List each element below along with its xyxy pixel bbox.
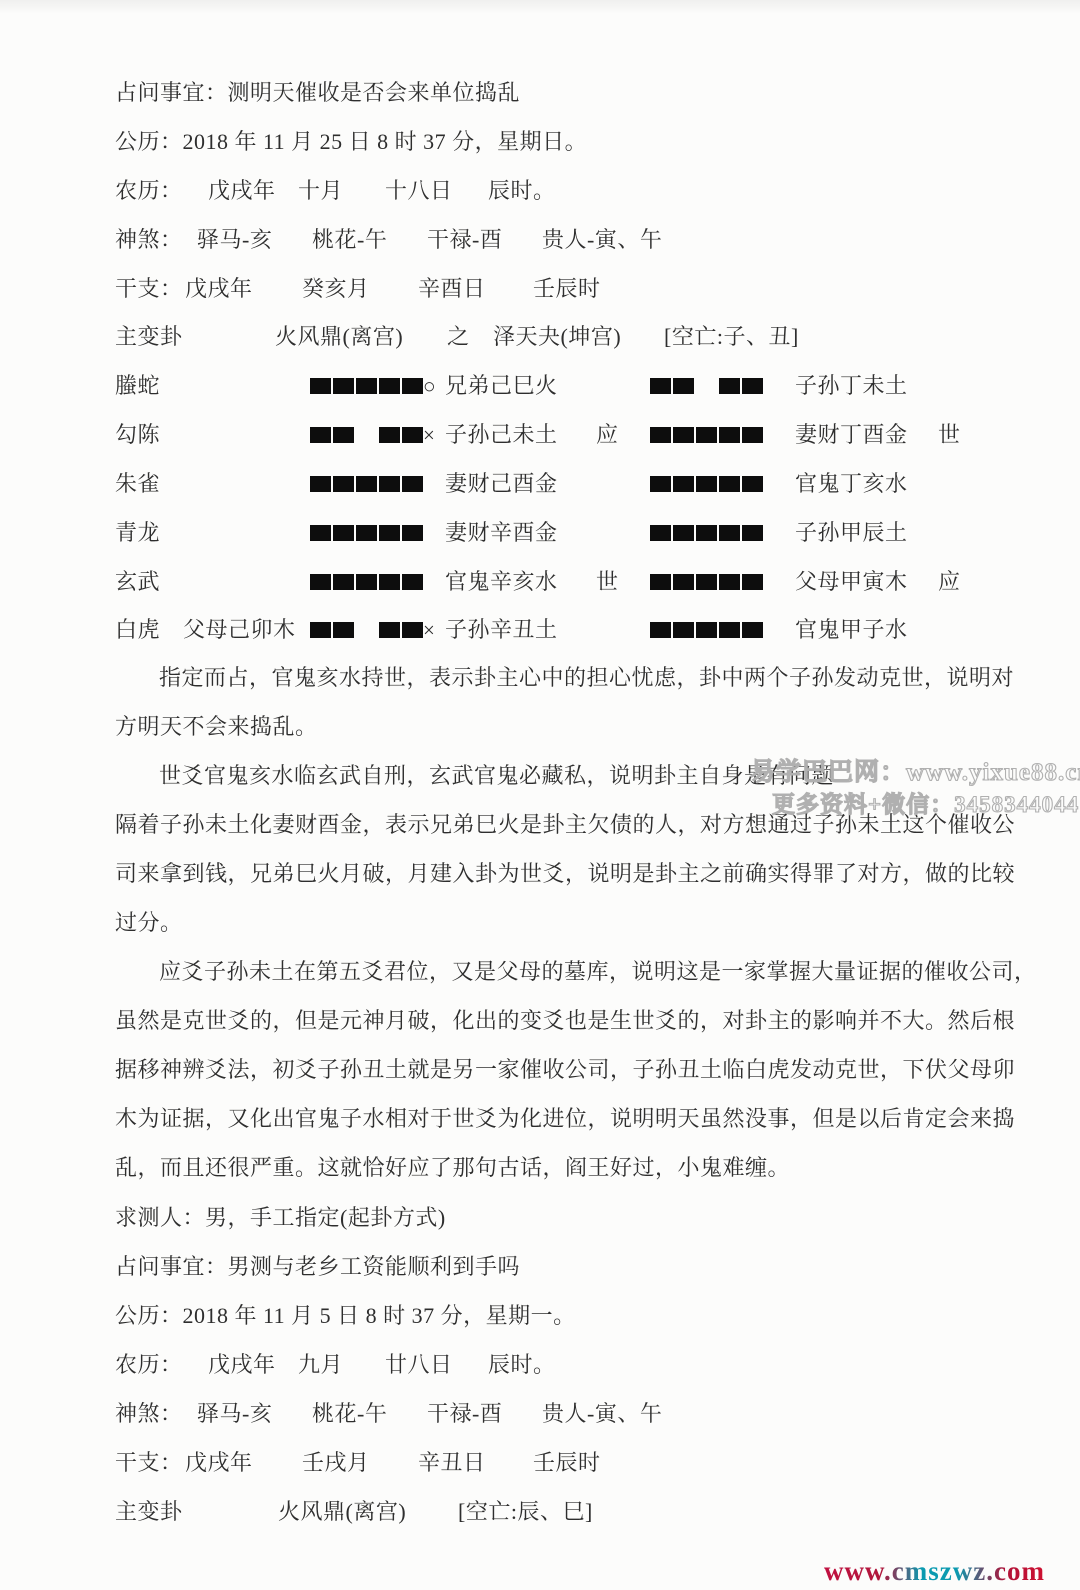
yang-line-glyph [310, 525, 423, 541]
lunar-year: 戊戌年 [208, 1350, 276, 1380]
hexagram-row: 玄武 官鬼辛亥水 世 父母甲寅木 应 [0, 567, 1080, 597]
ganzhi-month: 壬戌月 [302, 1448, 370, 1478]
watermark-site-text: 易学巴巴网：www.yixue88.cn [750, 752, 1080, 788]
case1-ganzhi-line: 干支： 戊戌年 癸亥月 辛酉日 壬辰时 [0, 274, 1080, 304]
shi-marker: 世 [596, 567, 619, 597]
analysis-paragraph-line: 指定而占，官鬼亥水持世，表示卦主心中的担心忧虑，卦中两个子孙发动克世，说明对 [159, 663, 1014, 693]
line-relation-text: 妻财辛酉金 [445, 518, 558, 548]
case1-question-line: 占问事宜：测明天催收是否会来单位捣乱 [115, 78, 520, 108]
shensha-item: 桃花-午 [312, 1399, 387, 1429]
six-god-label: 朱雀 [115, 469, 160, 499]
analysis-paragraph-line: 据移神辨爻法，初爻子孙丑土就是另一家催收公司，子孙丑土临白虎发动克世，下伏父母卯 [115, 1055, 1015, 1085]
ganzhi-year: 戊戌年 [185, 274, 253, 304]
lunar-month: 九月 [298, 1350, 343, 1380]
kongwang-label: [空亡:子、丑] [664, 322, 799, 352]
changed-gua-name: 泽天夬(坤宫) [493, 322, 621, 352]
ganzhi-hour: 壬辰时 [533, 274, 601, 304]
ganzhi-day: 辛丑日 [418, 1448, 486, 1478]
lunar-month: 十月 [298, 176, 343, 206]
lunar-label: 农历： [115, 1350, 183, 1380]
moving-line-circle-marker: ○ [423, 371, 436, 401]
hexagram-row: 白虎 父母己卯木 × 子孙辛丑土 官鬼甲子水 [0, 615, 1080, 645]
changed-line-relation-text: 官鬼甲子水 [795, 615, 908, 645]
hexagram-row: 勾陈 × 子孙己未土 应 妻财丁酉金 世 [0, 420, 1080, 450]
yang-line-glyph [310, 574, 423, 590]
ying-marker: 应 [938, 567, 961, 597]
yang-line-glyph [650, 525, 763, 541]
lunar-label: 农历： [115, 176, 183, 206]
case1-lunar-date-line: 农历： 戊戌年 十月 十八日 辰时。 [0, 176, 1080, 206]
shensha-item: 驿马-亥 [197, 1399, 272, 1429]
line-relation-text: 官鬼辛亥水 [445, 567, 558, 597]
main-changed-gua-label: 主变卦 [115, 322, 183, 352]
ganzhi-label: 干支： [115, 1448, 183, 1478]
shensha-item: 干禄-酉 [427, 225, 502, 255]
main-gua-name: 火风鼎(离宫) [278, 1497, 406, 1527]
hexagram-row: 青龙 妻财辛酉金 子孙甲辰土 [0, 518, 1080, 548]
ganzhi-month: 癸亥月 [302, 274, 370, 304]
yang-line-glyph [310, 476, 423, 492]
moving-line-cross-marker: × [423, 420, 435, 450]
yang-line-glyph [650, 622, 763, 638]
changed-line-relation-text: 妻财丁酉金 [795, 420, 908, 450]
lunar-day: 廿八日 [385, 1350, 453, 1380]
shensha-item: 干禄-酉 [427, 1399, 502, 1429]
analysis-paragraph-line: 虽然是克世爻的，但是元神月破，化出的变爻也是生世爻的，对卦主的影响并不大。然后根 [115, 1006, 1015, 1036]
yin-line-glyph [310, 427, 423, 443]
six-god-label: 白虎 [115, 615, 160, 645]
yang-line-glyph [650, 427, 763, 443]
yang-line-glyph [650, 476, 763, 492]
shensha-label: 神煞： [115, 1399, 183, 1429]
hexagram-row: 螣蛇 ○ 兄弟己巳火 子孙丁未土 [0, 371, 1080, 401]
case2-shensha-line: 神煞： 驿马-亥 桃花-午 干禄-酉 贵人-寅、午 [0, 1399, 1080, 1429]
lunar-day: 十八日 [385, 176, 453, 206]
changed-line-relation-text: 子孙甲辰土 [795, 518, 908, 548]
ying-marker: 应 [596, 420, 619, 450]
six-god-label: 青龙 [115, 518, 160, 548]
main-gua-name: 火风鼎(离宫) [275, 322, 403, 352]
main-changed-gua-label: 主变卦 [115, 1497, 183, 1527]
hexagram-row: 朱雀 妻财己酉金 官鬼丁亥水 [0, 469, 1080, 499]
line-relation-text: 兄弟己巳火 [445, 371, 558, 401]
lunar-year: 戊戌年 [208, 176, 276, 206]
changed-line-relation-text: 父母甲寅木 [795, 567, 908, 597]
yang-line-glyph [310, 378, 423, 394]
lunar-hour: 辰时。 [488, 1350, 556, 1380]
shensha-item: 贵人-寅、午 [542, 225, 662, 255]
shi-marker: 世 [938, 420, 961, 450]
ganzhi-day: 辛酉日 [418, 274, 486, 304]
six-god-label: 玄武 [115, 567, 160, 597]
analysis-paragraph-line: 过分。 [115, 908, 183, 938]
six-god-label: 螣蛇 [115, 371, 160, 401]
analysis-paragraph-line: 司来拿到钱，兄弟巳火月破，月建入卦为世爻，说明是卦主之前确实得罪了对方，做的比较 [115, 859, 1015, 889]
scanned-document-page: 占问事宜：测明天催收是否会来单位捣乱 公历：2018 年 11 月 25 日 8… [0, 0, 1080, 1590]
hidden-spirit-text: 父母己卯木 [183, 615, 296, 645]
case1-hexagram-title-line: 主变卦 火风鼎(离宫) 之 泽天夬(坤宫) [空亡:子、丑] [0, 322, 1080, 352]
shensha-item: 桃花-午 [312, 225, 387, 255]
moving-line-cross-marker: × [423, 615, 435, 645]
line-relation-text: 子孙辛丑土 [445, 615, 558, 645]
changed-line-relation-text: 官鬼丁亥水 [795, 469, 908, 499]
zhi-connector: 之 [447, 322, 470, 352]
analysis-paragraph-line: 乱，而且还很严重。这就恰好应了那句古话，阎王好过，小鬼难缠。 [115, 1153, 790, 1183]
analysis-paragraph-line: 方明天不会来捣乱。 [115, 712, 318, 742]
shensha-item: 贵人-寅、午 [542, 1399, 662, 1429]
line-relation-text: 子孙己未土 [445, 420, 558, 450]
case2-ganzhi-line: 干支： 戊戌年 壬戌月 辛丑日 壬辰时 [0, 1448, 1080, 1478]
analysis-paragraph-line: 应爻子孙未土在第五爻君位，又是父母的墓库，说明这是一家掌握大量证据的催收公司， [159, 957, 1037, 987]
yin-line-glyph [650, 378, 763, 394]
kongwang-label: [空亡:辰、巳] [458, 1497, 593, 1527]
case1-shensha-line: 神煞： 驿马-亥 桃花-午 干禄-酉 贵人-寅、午 [0, 225, 1080, 255]
line-relation-text: 妻财己酉金 [445, 469, 558, 499]
case2-lunar-date-line: 农历： 戊戌年 九月 廿八日 辰时。 [0, 1350, 1080, 1380]
yang-line-glyph [650, 574, 763, 590]
yin-line-glyph [310, 622, 423, 638]
analysis-paragraph-line: 世爻官鬼亥水临玄武自刑，玄武官鬼必藏私，说明卦主自身是有问题 [159, 761, 834, 791]
shensha-item: 驿马-亥 [197, 225, 272, 255]
watermark-wechat-text: 更多资料+微信：3458344044 [772, 786, 1079, 819]
ganzhi-label: 干支： [115, 274, 183, 304]
case2-question-line: 占问事宜：男测与老乡工资能顺利到手吗 [115, 1252, 520, 1282]
ganzhi-year: 戊戌年 [185, 1448, 253, 1478]
six-god-label: 勾陈 [115, 420, 160, 450]
lunar-hour: 辰时。 [488, 176, 556, 206]
shensha-label: 神煞： [115, 225, 183, 255]
analysis-paragraph-line: 木为证据，又化出官鬼子水相对于世爻为化进位，说明明天虽然没事，但是以后肯定会来捣 [115, 1104, 1015, 1134]
case2-seeker-line: 求测人：男，手工指定(起卦方式) [115, 1203, 446, 1233]
changed-line-relation-text: 子孙丁未土 [795, 371, 908, 401]
watermark-bottom-url: www.cmszwz.com [824, 1556, 1045, 1587]
case2-solar-date-line: 公历：2018 年 11 月 5 日 8 时 37 分，星期一。 [115, 1301, 576, 1331]
ganzhi-hour: 壬辰时 [533, 1448, 601, 1478]
case1-solar-date-line: 公历：2018 年 11 月 25 日 8 时 37 分，星期日。 [115, 127, 587, 157]
case2-hexagram-title-line: 主变卦 火风鼎(离宫) [空亡:辰、巳] [0, 1497, 1080, 1527]
